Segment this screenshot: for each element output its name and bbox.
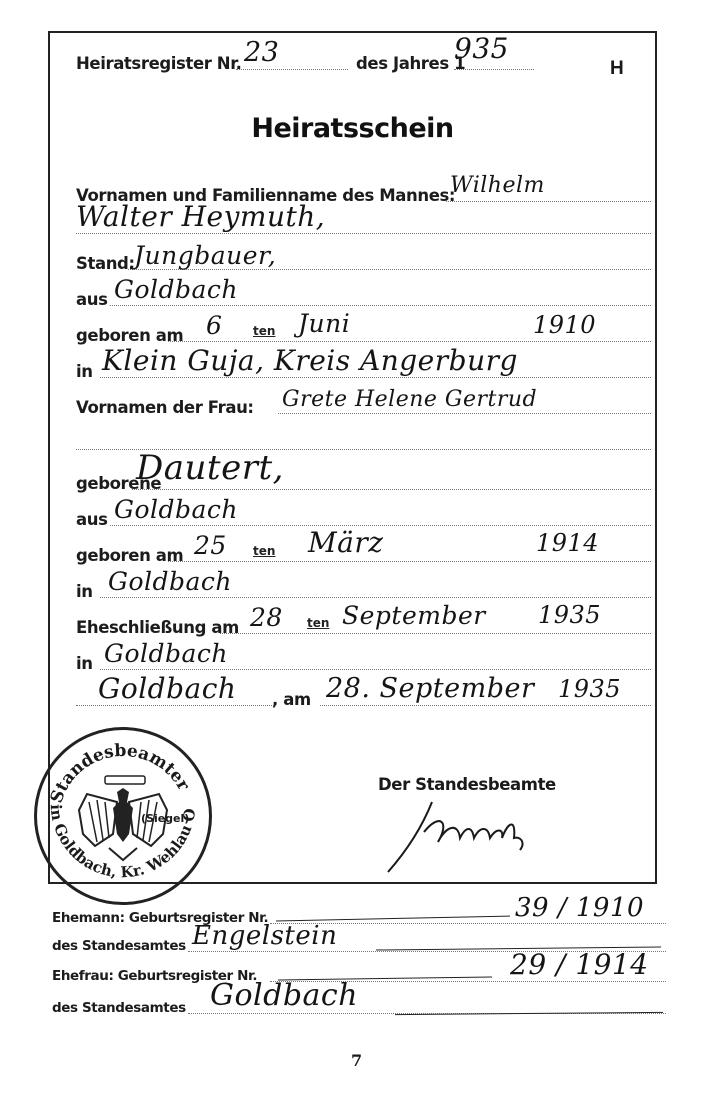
marriage-label: Eheschließung am bbox=[76, 618, 239, 637]
year-label: des Jahres 1 bbox=[356, 54, 465, 73]
seal-center-text: (Siegel) bbox=[141, 812, 189, 825]
registrar-signature bbox=[380, 792, 550, 882]
wife-born-label: geboren am bbox=[76, 546, 183, 565]
wife-birthplace-label: in bbox=[76, 582, 93, 601]
husband-born-suffix: ten bbox=[250, 324, 278, 338]
seal-graphic: Standesbeamter in Goldbach, Kr. Wehlau O… bbox=[37, 730, 209, 902]
husband-name-line-2-field: Walter Heymuth, bbox=[76, 233, 651, 234]
husband-office-value: Engelstein bbox=[192, 923, 337, 949]
wife-born-field: 25 ten März 1914 bbox=[168, 561, 651, 562]
issued-row: Goldbach , am 28. September 1935 bbox=[76, 680, 651, 710]
marriage-place-label: in bbox=[76, 654, 93, 673]
husband-register-row: Ehemann: Geburtsregister Nr. 39 / 1910 bbox=[52, 902, 666, 928]
page-title: Heiratsschein bbox=[0, 113, 705, 144]
husband-birthplace: Klein Guja, Kreis Angerburg bbox=[102, 347, 518, 375]
husband-born-row: geboren am 6 ten Juni 1910 bbox=[76, 316, 651, 346]
husband-birthplace-field: Klein Guja, Kreis Angerburg bbox=[100, 377, 651, 378]
issued-date-field: 28. September 1935 bbox=[320, 705, 651, 706]
husband-register-value: 39 / 1910 bbox=[515, 895, 644, 921]
wife-born-day: 25 bbox=[194, 533, 227, 558]
wife-office-label: des Standesamtes bbox=[52, 1000, 186, 1016]
marriage-date-field: 28 ten September 1935 bbox=[220, 633, 651, 634]
husband-born-month: Juni bbox=[298, 311, 350, 336]
issued-place: Goldbach bbox=[98, 675, 236, 703]
husband-born-day: 6 bbox=[206, 313, 222, 338]
page-number: 7 bbox=[351, 1051, 362, 1070]
marriage-month: September bbox=[342, 603, 486, 628]
husband-first-name: Wilhelm bbox=[450, 175, 545, 197]
register-number: 23 bbox=[244, 39, 279, 66]
marriage-place: Goldbach bbox=[104, 641, 228, 666]
occupation-field: Jungbauer, bbox=[128, 269, 651, 270]
wife-register-value: 29 / 1914 bbox=[510, 951, 649, 979]
husband-name-line-2: Walter Heymuth, bbox=[76, 203, 325, 231]
issued-year: 1935 bbox=[558, 677, 621, 701]
wife-birthplace-field: Goldbach bbox=[100, 597, 651, 598]
marriage-place-row: in Goldbach bbox=[76, 644, 651, 674]
husband-birthplace-label: in bbox=[76, 362, 93, 381]
marriage-day: 28 bbox=[250, 605, 283, 630]
wife-first-names-field: Grete Helene Gertrud bbox=[278, 413, 651, 414]
wife-maiden-name: Dautert, bbox=[136, 451, 284, 485]
marriage-date-row: Eheschließung am 28 ten September 1935 bbox=[76, 608, 651, 638]
wife-register-row: Ehefrau: Geburtsregister Nr. 29 / 1914 bbox=[52, 960, 666, 986]
register-number-field: 23 bbox=[236, 69, 348, 70]
header-row: Heiratsregister Nr. 23 des Jahres 1 935 bbox=[76, 44, 651, 74]
wife-born-suffix: ten bbox=[250, 544, 278, 558]
wife-first-names: Grete Helene Gertrud bbox=[282, 389, 537, 411]
husband-occupation-row: Stand: Jungbauer, bbox=[76, 244, 651, 274]
wife-born-month: März bbox=[308, 529, 384, 557]
year-field: 935 bbox=[454, 69, 534, 70]
occupation: Jungbauer, bbox=[134, 243, 276, 268]
wife-from-label: aus bbox=[76, 510, 108, 529]
husband-born-year: 1910 bbox=[533, 313, 596, 337]
husband-from-field: Goldbach bbox=[110, 305, 651, 306]
wife-birthplace-row: in Goldbach bbox=[76, 572, 651, 602]
husband-name-row-2: Walter Heymuth, bbox=[76, 208, 651, 238]
issued-am-label: , am bbox=[272, 690, 311, 709]
husband-from: Goldbach bbox=[114, 277, 238, 302]
wife-born-row: geboren am 25 ten März 1914 bbox=[76, 536, 651, 566]
wife-name-row: Vornamen der Frau: Grete Helene Gertrud bbox=[76, 388, 651, 418]
husband-office-label: des Standesamtes bbox=[52, 938, 186, 954]
register-label: Heiratsregister Nr. bbox=[76, 54, 241, 73]
husband-from-row: aus Goldbach bbox=[76, 280, 651, 310]
marriage-suffix: ten bbox=[304, 616, 332, 630]
wife-born-year: 1914 bbox=[536, 531, 599, 555]
wife-office-row: des Standesamtes Goldbach bbox=[52, 992, 666, 1018]
wife-office-value: Goldbach bbox=[210, 981, 358, 1011]
wife-maiden-field: Dautert, bbox=[132, 489, 651, 490]
occupation-label: Stand: bbox=[76, 254, 135, 273]
issued-place-field: Goldbach bbox=[76, 705, 276, 706]
husband-born-field: 6 ten Juni 1910 bbox=[168, 341, 651, 342]
marriage-year: 1935 bbox=[538, 603, 601, 627]
husband-from-label: aus bbox=[76, 290, 108, 309]
wife-birthplace: Goldbach bbox=[108, 569, 232, 594]
husband-born-label: geboren am bbox=[76, 326, 183, 345]
official-seal: Standesbeamter in Goldbach, Kr. Wehlau O… bbox=[34, 727, 212, 905]
year-value: 935 bbox=[454, 35, 509, 63]
form-code: H bbox=[610, 58, 624, 80]
marriage-place-field: Goldbach bbox=[100, 669, 651, 670]
wife-maiden-row: geborene Dautert, bbox=[76, 464, 651, 494]
issued-date: 28. September bbox=[326, 675, 534, 702]
wife-name-label: Vornamen der Frau: bbox=[76, 398, 254, 417]
husband-birthplace-row: in Klein Guja, Kreis Angerburg bbox=[76, 352, 651, 382]
husband-first-name-field: Wilhelm bbox=[446, 201, 651, 202]
wife-from: Goldbach bbox=[114, 497, 238, 522]
